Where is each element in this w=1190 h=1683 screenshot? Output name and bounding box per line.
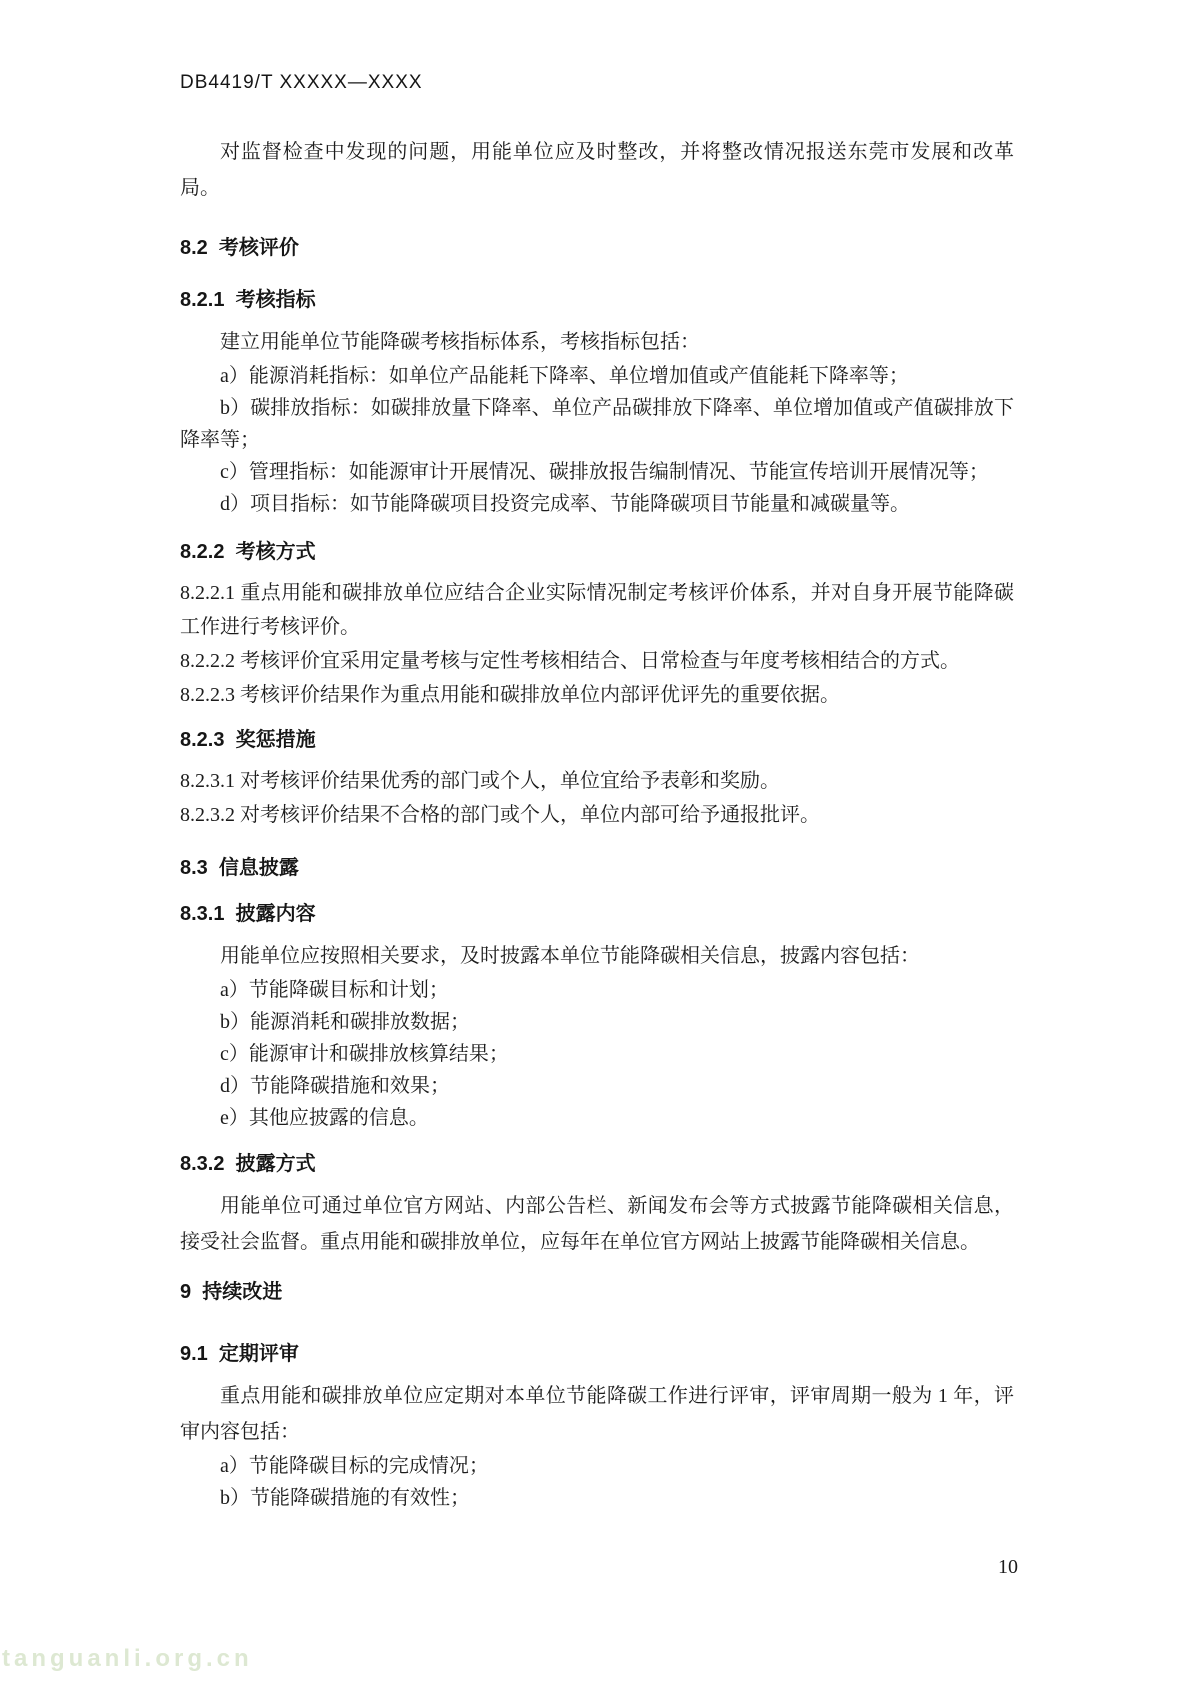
section-heading-8-3: 8.3 信息披露: [180, 854, 1014, 882]
clause-8-2-3-2: 8.2.3.2 对考核评价结果不合格的部门或个人，单位内部可给予通报批评。: [180, 798, 1014, 832]
lead-paragraph-8-3-1: 用能单位应按照相关要求，及时披露本单位节能降碳相关信息，披露内容包括：: [180, 938, 1014, 974]
chapter-heading-9: 9 持续改进: [180, 1278, 1014, 1306]
clause-8-2-2-1: 8.2.2.1 重点用能和碳排放单位应结合企业实际情况制定考核评价体系，并对自身…: [180, 576, 1014, 644]
section-heading-8-2-2: 8.2.2 考核方式: [180, 538, 1014, 566]
lead-paragraph-8-3-2: 用能单位可通过单位官方网站、内部公告栏、新闻发布会等方式披露节能降碳相关信息，接…: [180, 1188, 1014, 1260]
list-item-b: b）节能降碳措施的有效性；: [180, 1482, 1014, 1514]
document-body: 对监督检查中发现的问题，用能单位应及时整改，并将整改情况报送东莞市发展和改革局。…: [180, 134, 1014, 1514]
section-heading-8-3-1: 8.3.1 披露内容: [180, 900, 1014, 928]
document-code-header: DB4419/T XXXXX—XXXX: [180, 72, 1014, 94]
list-item-c: c）能源审计和碳排放核算结果；: [180, 1038, 1014, 1070]
section-heading-9-1: 9.1 定期评审: [180, 1340, 1014, 1368]
document-page: DB4419/T XXXXX—XXXX 对监督检查中发现的问题，用能单位应及时整…: [0, 0, 1190, 1683]
section-heading-8-2-1: 8.2.1 考核指标: [180, 286, 1014, 314]
clause-8-2-3-1: 8.2.3.1 对考核评价结果优秀的部门或个人，单位宜给予表彰和奖励。: [180, 764, 1014, 798]
section-heading-8-3-2: 8.3.2 披露方式: [180, 1150, 1014, 1178]
list-item-a: a）节能降碳目标的完成情况；: [180, 1450, 1014, 1482]
list-item-c: c）管理指标：如能源审计开展情况、碳排放报告编制情况、节能宣传培训开展情况等；: [180, 456, 1014, 488]
list-item-b: b）碳排放指标：如碳排放量下降率、单位产品碳排放下降率、单位增加值或产值碳排放下…: [180, 392, 1014, 456]
list-item-a: a）节能降碳目标和计划；: [180, 974, 1014, 1006]
lead-paragraph-8-2-1: 建立用能单位节能降碳考核指标体系，考核指标包括：: [180, 324, 1014, 360]
list-item-b: b）能源消耗和碳排放数据；: [180, 1006, 1014, 1038]
list-item-d: d）节能降碳措施和效果；: [180, 1070, 1014, 1102]
section-heading-8-2-3: 8.2.3 奖惩措施: [180, 726, 1014, 754]
section-heading-8-2: 8.2 考核评价: [180, 234, 1014, 262]
list-item-a: a）能源消耗指标：如单位产品能耗下降率、单位增加值或产值能耗下降率等；: [180, 360, 1014, 392]
list-item-d: d）项目指标：如节能降碳项目投资完成率、节能降碳项目节能量和减碳量等。: [180, 488, 1014, 520]
intro-paragraph: 对监督检查中发现的问题，用能单位应及时整改，并将整改情况报送东莞市发展和改革局。: [180, 134, 1014, 206]
watermark: tanguanli.org.cn: [2, 1646, 253, 1672]
list-item-e: e）其他应披露的信息。: [180, 1102, 1014, 1134]
clause-8-2-2-2: 8.2.2.2 考核评价宜采用定量考核与定性考核相结合、日常检查与年度考核相结合…: [180, 644, 1014, 678]
lead-paragraph-9-1: 重点用能和碳排放单位应定期对本单位节能降碳工作进行评审，评审周期一般为 1 年，…: [180, 1378, 1014, 1450]
clause-8-2-2-3: 8.2.2.3 考核评价结果作为重点用能和碳排放单位内部评优评先的重要依据。: [180, 678, 1014, 712]
page-number: 10: [998, 1555, 1018, 1579]
